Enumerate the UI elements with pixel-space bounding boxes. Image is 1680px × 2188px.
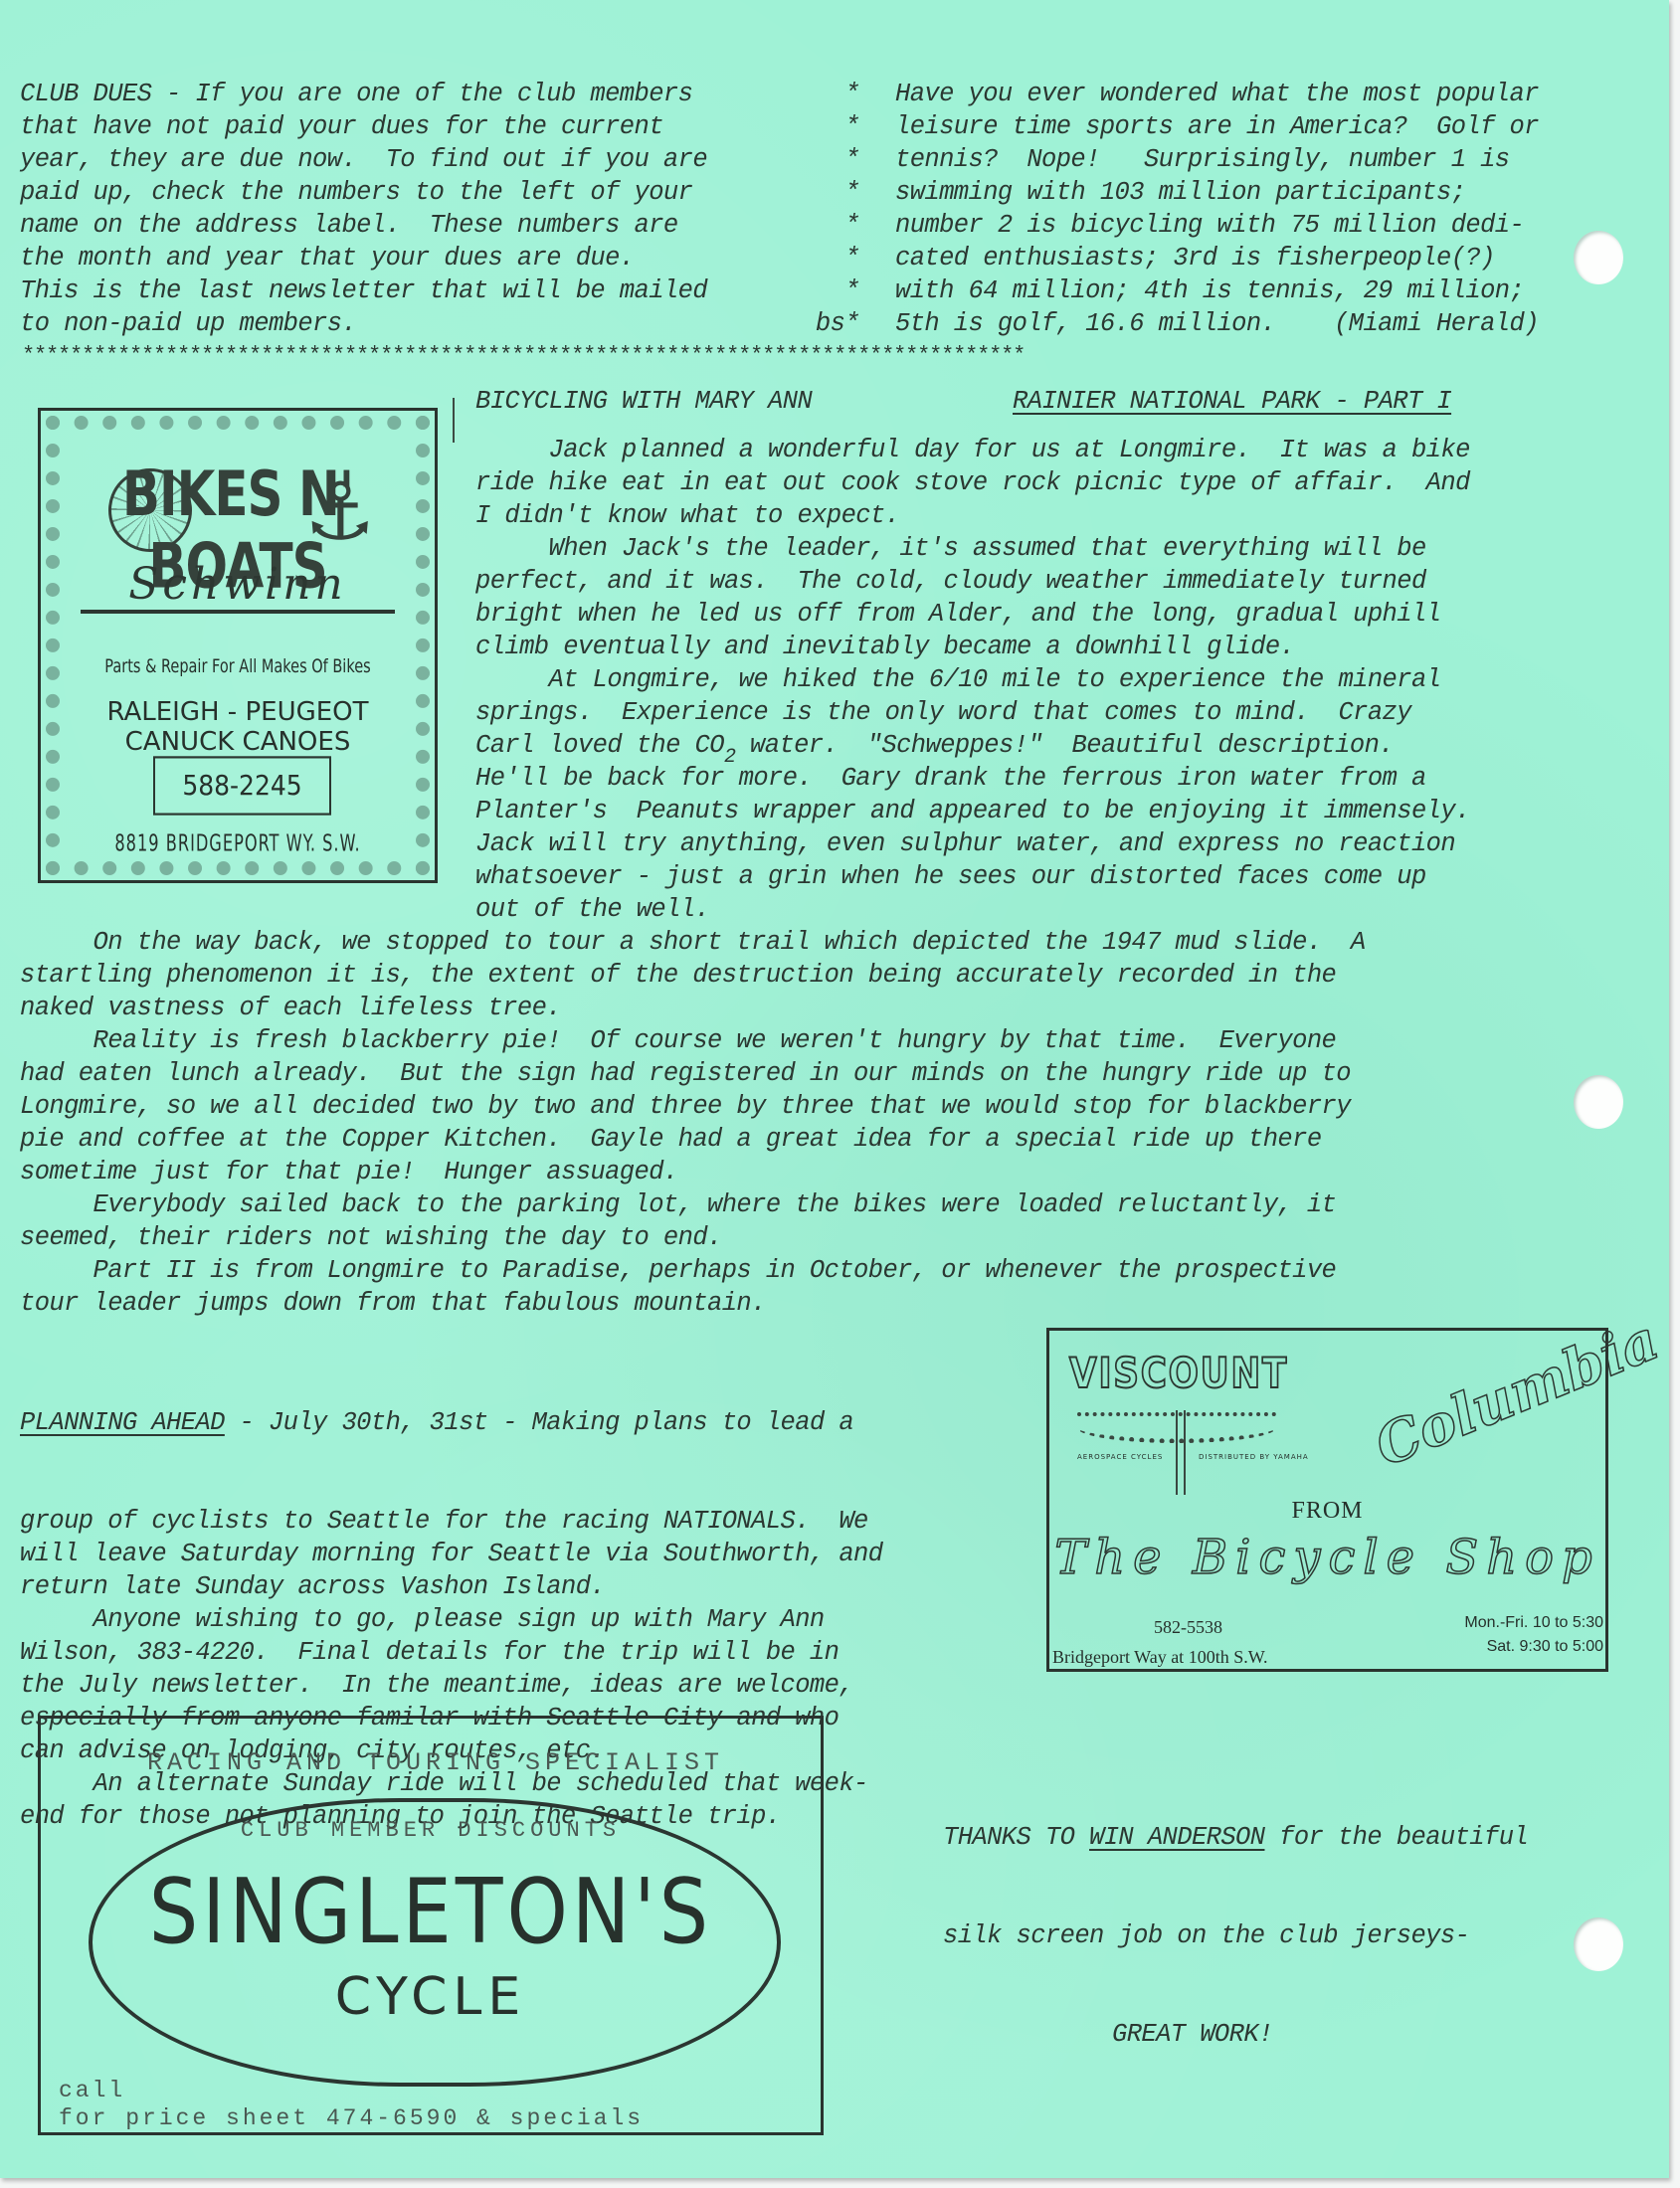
article-line: I didn't know what to expect. bbox=[475, 499, 1470, 532]
article-line: whatsoever - just a grin when he sees ou… bbox=[475, 860, 1470, 893]
article-line: Everybody sailed back to the parking lot… bbox=[20, 1188, 1366, 1221]
columbia-logo: Columbia bbox=[1367, 1307, 1668, 1480]
article-line: Jack planned a wonderful day for us at L… bbox=[475, 434, 1470, 466]
separator-mark: * bbox=[796, 78, 859, 110]
anchor-icon: ⚓ bbox=[304, 465, 376, 558]
article-line: Part II is from Longmire to Paradise, pe… bbox=[20, 1254, 1366, 1287]
thanks-line: silk screen job on the club jerseys- bbox=[943, 1919, 1528, 1952]
ad-phone: 582-5538 bbox=[1154, 1617, 1222, 1638]
article-line: pie and coffee at the Copper Kitchen. Ga… bbox=[20, 1123, 1366, 1156]
article-line: seemed, their riders not wishing the day… bbox=[20, 1221, 1366, 1254]
bikes-n-boats-ad: BIKES N' BOATS ⚓ Schwinn Parts & Repair … bbox=[38, 408, 438, 883]
dues-line: paid up, check the numbers to the left o… bbox=[20, 176, 707, 209]
ad-brands-line: CANUCK CANOES bbox=[41, 727, 435, 757]
article-line: springs. Experience is the only word tha… bbox=[475, 696, 1470, 729]
ad-specialty: RACING AND TOURING SPECIALIST bbox=[41, 1748, 821, 1777]
article-body-narrow: Jack planned a wonderful day for us at L… bbox=[475, 434, 1470, 926]
planning-line: group of cyclists to Seattle for the rac… bbox=[20, 1505, 882, 1538]
sports-line: with 64 million; 4th is tennis, 29 milli… bbox=[895, 274, 1539, 307]
sports-line: tennis? Nope! Surprisingly, number 1 is bbox=[895, 143, 1539, 176]
ad-from-label: FROM bbox=[1049, 1498, 1605, 1525]
article-line: When Jack's the leader, it's assumed tha… bbox=[475, 532, 1470, 565]
call-details: for price sheet 474-6590 & specials bbox=[59, 2105, 644, 2131]
separator-mark: * bbox=[796, 176, 859, 209]
article-line: bright when he led us off from Alder, an… bbox=[475, 598, 1470, 631]
separator-mark: * bbox=[796, 209, 859, 242]
article-line: tour leader jumps down from that fabulou… bbox=[20, 1287, 1366, 1320]
ad-shop-name: The Bicycle Shop bbox=[1049, 1530, 1605, 1585]
article-line: naked vastness of each lifeless tree. bbox=[20, 992, 1366, 1024]
binder-hole bbox=[1574, 1075, 1623, 1129]
singletons-cycle-ad: RACING AND TOURING SPECIALIST CLUB MEMBE… bbox=[38, 1716, 824, 2135]
sports-line: swimming with 103 million participants; bbox=[895, 176, 1539, 209]
article-line: Jack will try anything, even sulphur wat… bbox=[475, 827, 1470, 860]
thanks-line: GREAT WORK! bbox=[943, 2018, 1528, 2051]
thanks-name: WIN ANDERSON bbox=[1089, 1823, 1264, 1852]
viscount-tagline: AEROSPACE CYCLES bbox=[1077, 1453, 1163, 1461]
article-line: climb eventually and inevitably became a… bbox=[475, 631, 1470, 663]
call-label: call bbox=[59, 2078, 125, 2103]
article-line: Longmire, so we all decided two by two a… bbox=[20, 1090, 1366, 1123]
article-title: RAINIER NATIONAL PARK - PART I bbox=[1013, 385, 1451, 418]
sports-line: number 2 is bicycling with 75 million de… bbox=[895, 209, 1539, 242]
dues-line: year, they are due now. To find out if y… bbox=[20, 143, 707, 176]
binder-hole bbox=[1574, 231, 1623, 284]
bicycle-shop-ad: VISCOUNT AEROSPACE CYCLES DISTRIBUTED BY… bbox=[1046, 1328, 1608, 1672]
article-line: Reality is fresh blackberry pie! Of cour… bbox=[20, 1024, 1366, 1057]
article-line: He'll be back for more. Gary drank the f… bbox=[475, 762, 1470, 795]
planning-line: Anyone wishing to go, please sign up wit… bbox=[20, 1603, 882, 1636]
dues-line: to non-paid up members. bbox=[20, 307, 707, 340]
ad-shop-name: SINGLETON'S bbox=[41, 1861, 821, 1964]
viscount-logo: VISCOUNT bbox=[1069, 1349, 1288, 1397]
planning-line: the July newsletter. In the meantime, id… bbox=[20, 1669, 882, 1702]
ad-brand-logo: Schwinn bbox=[81, 560, 395, 614]
article-line: At Longmire, we hiked the 6/10 mile to e… bbox=[475, 663, 1470, 696]
planning-line: return late Sunday across Vashon Island. bbox=[20, 1570, 882, 1603]
viscount-tagline: DISTRIBUTED BY YAMAHA bbox=[1199, 1453, 1309, 1461]
thanks-prefix: THANKS TO bbox=[943, 1823, 1089, 1852]
separator-mark: * bbox=[796, 274, 859, 307]
planning-line: will leave Saturday morning for Seattle … bbox=[20, 1538, 882, 1570]
separator-mark: bs* bbox=[796, 307, 859, 340]
dues-line: CLUB DUES - If you are one of the club m… bbox=[20, 78, 707, 110]
ad-discount: CLUB MEMBER DISCOUNTS bbox=[41, 1818, 821, 1843]
ad-hours: Mon.-Fri. 10 to 5:30 Sat. 9:30 to 5:00 bbox=[1464, 1611, 1603, 1659]
sports-fact-section: Have you ever wondered what the most pop… bbox=[895, 78, 1539, 340]
article-line: Carl loved the CO2 water. "Schweppes!" B… bbox=[475, 729, 1470, 762]
club-dues-section: CLUB DUES - If you are one of the club m… bbox=[20, 78, 707, 340]
article-line: startling phenomenon it is, the extent o… bbox=[20, 959, 1366, 992]
hours-saturday: Sat. 9:30 to 5:00 bbox=[1464, 1635, 1603, 1659]
ad-call-info: call for price sheet 474-6590 & specials bbox=[59, 2077, 644, 2132]
thanks-note: THANKS TO WIN ANDERSON for the beautiful… bbox=[943, 1755, 1528, 2116]
planning-ahead-heading: PLANNING AHEAD bbox=[20, 1408, 225, 1437]
dues-line: This is the last newsletter that will be… bbox=[20, 274, 707, 307]
article-column-label: BICYCLING WITH MARY ANN bbox=[475, 385, 812, 418]
separator-mark: * bbox=[796, 242, 859, 274]
ad-brands-line: RALEIGH - PEUGEOT bbox=[41, 697, 435, 727]
planning-ahead-text: - July 30th, 31st - Making plans to lead… bbox=[225, 1408, 853, 1437]
article-line: sometime just for that pie! Hunger assua… bbox=[20, 1156, 1366, 1188]
planning-line: Wilson, 383-4220. Final details for the … bbox=[20, 1636, 882, 1669]
article-line: Planter's Peanuts wrapper and appeared t… bbox=[475, 795, 1470, 827]
article-body-wide: On the way back, we stopped to tour a sh… bbox=[20, 926, 1366, 1320]
ad-brands: RALEIGH - PEUGEOT CANUCK CANOES bbox=[41, 697, 435, 757]
newsletter-page: CLUB DUES - If you are one of the club m… bbox=[0, 0, 1669, 2178]
article-line: ride hike eat in eat out cook stove rock… bbox=[475, 466, 1470, 499]
ad-tagline: Parts & Repair For All Makes Of Bikes bbox=[41, 657, 435, 678]
dues-line: name on the address label. These numbers… bbox=[20, 209, 707, 242]
article-line: perfect, and it was. The cold, cloudy we… bbox=[475, 565, 1470, 598]
binder-hole bbox=[1574, 1917, 1623, 1971]
wings-emblem-icon bbox=[1176, 1410, 1186, 1495]
sports-line: leisure time sports are in America? Golf… bbox=[895, 110, 1539, 143]
separator-mark: * bbox=[796, 143, 859, 176]
article-line: had eaten lunch already. But the sign ha… bbox=[20, 1057, 1366, 1090]
ad-address: Bridgeport Way at 100th S.W. bbox=[1052, 1647, 1268, 1668]
article-line: On the way back, we stopped to tour a sh… bbox=[20, 926, 1366, 959]
separator-column: *******bs* bbox=[796, 78, 859, 340]
sports-line: 5th is golf, 16.6 million. (Miami Herald… bbox=[895, 307, 1539, 340]
separator-mark: * bbox=[796, 110, 859, 143]
dues-line: the month and year that your dues are du… bbox=[20, 242, 707, 274]
asterisk-divider: ****************************************… bbox=[22, 343, 1633, 368]
sports-line: cated enthusiasts; 3rd is fisherpeople(?… bbox=[895, 242, 1539, 274]
article-line: out of the well. bbox=[475, 893, 1470, 926]
hours-weekday: Mon.-Fri. 10 to 5:30 bbox=[1464, 1611, 1603, 1635]
sports-line: Have you ever wondered what the most pop… bbox=[895, 78, 1539, 110]
dues-line: that have not paid your dues for the cur… bbox=[20, 110, 707, 143]
ad-phone: 588-2245 bbox=[153, 756, 331, 815]
column-rule bbox=[453, 398, 455, 443]
ad-shop-subname: CYCLE bbox=[41, 1967, 821, 2027]
thanks-suffix: for the beautiful bbox=[1264, 1823, 1528, 1852]
ad-address: 8819 BRIDGEPORT WY. S.W. bbox=[41, 830, 435, 857]
